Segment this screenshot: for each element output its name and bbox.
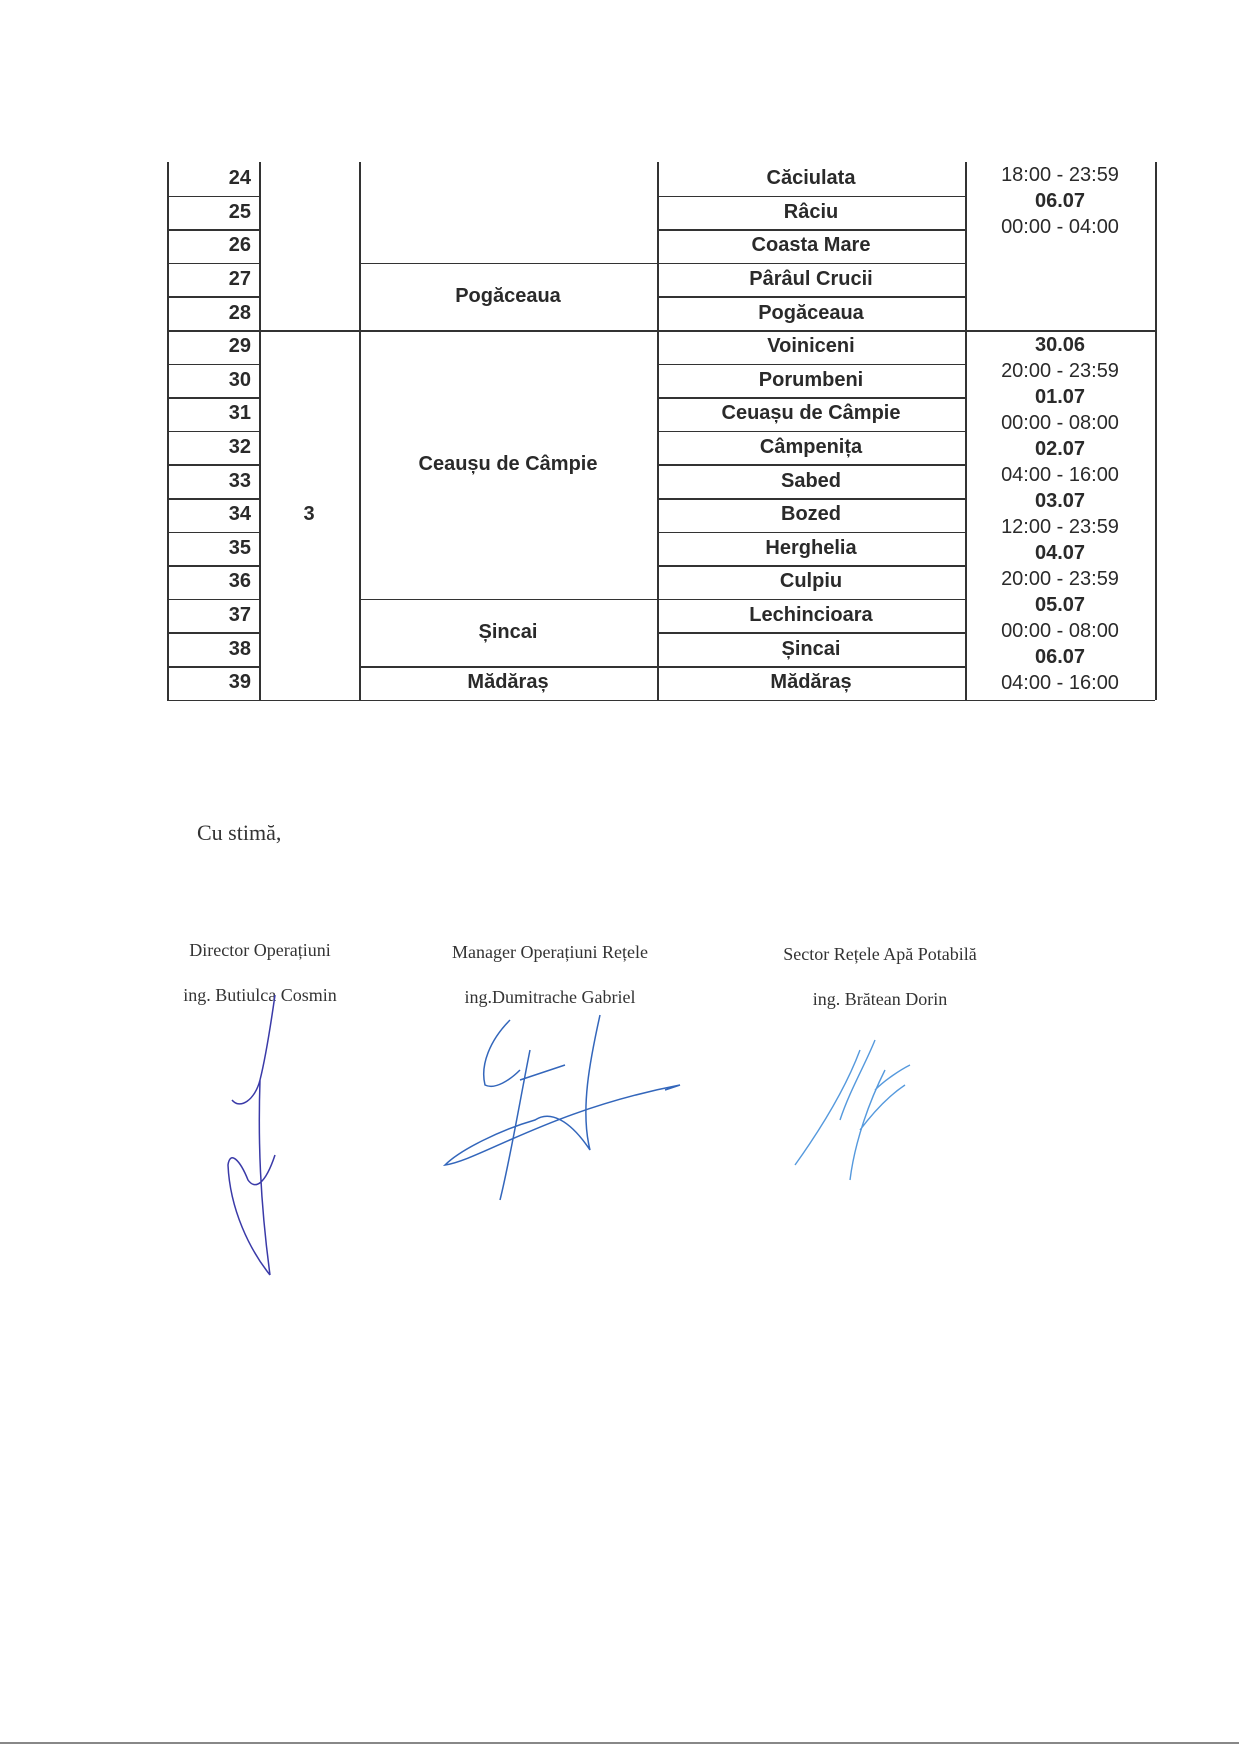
schedule-time: 20:00 - 23:59 <box>965 358 1155 384</box>
row-divider <box>167 263 259 265</box>
signatory-name: ing. Brătean Dorin <box>745 989 1015 1010</box>
table-border <box>167 700 1155 702</box>
zone-cell: 3 <box>259 498 359 532</box>
schedule-time: 04:00 - 16:00 <box>965 462 1155 488</box>
schedule-date: 04.07 <box>965 540 1155 566</box>
schedule-time: 00:00 - 08:00 <box>965 410 1155 436</box>
row-divider <box>167 330 259 332</box>
row-number: 33 <box>167 464 259 498</box>
locality-cell: Ceuașu de Câmpie <box>657 397 965 431</box>
table-border <box>259 162 261 700</box>
locality-cell: Coasta Mare <box>657 229 965 263</box>
table-border <box>1155 162 1157 700</box>
row-number: 31 <box>167 397 259 431</box>
signatory-role: Sector Rețele Apă Potabilă <box>745 944 1015 965</box>
locality-cell: Sabed <box>657 464 965 498</box>
page-bottom-rule <box>0 1742 1239 1744</box>
row-divider <box>167 632 259 634</box>
row-divider <box>657 229 965 231</box>
schedule-date: 30.06 <box>965 332 1155 358</box>
schedule-date: 06.07 <box>965 188 1155 214</box>
row-divider <box>167 397 259 399</box>
row-number: 24 <box>167 162 259 196</box>
schedule-time: 04:00 - 16:00 <box>965 670 1155 696</box>
row-divider <box>657 296 965 298</box>
signature-1-icon <box>220 990 310 1280</box>
schedule-time: 12:00 - 23:59 <box>965 514 1155 540</box>
row-divider <box>657 632 965 634</box>
row-divider <box>167 229 259 231</box>
schedule-date: 01.07 <box>965 384 1155 410</box>
row-number: 26 <box>167 229 259 263</box>
commune-cell: Șincai <box>359 599 657 666</box>
locality-cell: Bozed <box>657 498 965 532</box>
row-divider <box>167 599 259 601</box>
locality-cell: Râciu <box>657 196 965 230</box>
locality-cell: Lechincioara <box>657 599 965 633</box>
row-divider <box>167 666 259 668</box>
signatory-3: Sector Rețele Apă Potabilă ing. Brătean … <box>745 944 1015 1010</box>
row-divider <box>657 532 965 534</box>
row-divider <box>167 296 259 298</box>
signatory-role: Manager Operațiuni Rețele <box>415 942 685 963</box>
row-number: 36 <box>167 565 259 599</box>
row-number: 37 <box>167 599 259 633</box>
row-divider <box>657 364 965 366</box>
schedule-table: 24Căciulata25Râciu26Coasta Mare27Pârâul … <box>167 162 1155 700</box>
closing-salutation: Cu stimă, <box>197 820 281 846</box>
locality-cell: Pogăceaua <box>657 296 965 330</box>
row-number: 38 <box>167 632 259 666</box>
row-number: 27 <box>167 263 259 297</box>
schedule-date: 03.07 <box>965 488 1155 514</box>
locality-cell: Herghelia <box>657 532 965 566</box>
locality-cell: Porumbeni <box>657 364 965 398</box>
signatory-2: Manager Operațiuni Rețele ing.Dumitrache… <box>415 942 685 1008</box>
row-divider <box>657 464 965 466</box>
row-divider <box>167 464 259 466</box>
row-divider <box>259 330 359 332</box>
row-divider <box>167 364 259 366</box>
locality-cell: Mădăraș <box>657 666 965 700</box>
row-divider <box>167 532 259 534</box>
schedule-time: 00:00 - 08:00 <box>965 618 1155 644</box>
schedule-date: 06.07 <box>965 644 1155 670</box>
row-divider <box>167 431 259 433</box>
row-divider <box>657 599 965 601</box>
row-number: 32 <box>167 431 259 465</box>
row-number: 34 <box>167 498 259 532</box>
commune-cell: Pogăceaua <box>359 263 657 330</box>
schedule-group-2: 30.0620:00 - 23:5901.0700:00 - 08:0002.0… <box>965 332 1155 696</box>
row-number: 28 <box>167 296 259 330</box>
row-number: 25 <box>167 196 259 230</box>
commune-cell: Ceaușu de Câmpie <box>359 330 657 599</box>
schedule-date: 02.07 <box>965 436 1155 462</box>
signature-2-icon <box>440 1010 690 1210</box>
row-divider <box>657 498 965 500</box>
row-divider <box>167 196 259 198</box>
row-number: 29 <box>167 330 259 364</box>
row-divider <box>167 498 259 500</box>
signatory-name: ing.Dumitrache Gabriel <box>415 987 685 1008</box>
signature-3-icon <box>790 1030 930 1210</box>
row-number: 39 <box>167 666 259 700</box>
row-divider <box>657 263 965 265</box>
locality-cell: Pârâul Crucii <box>657 263 965 297</box>
row-divider <box>657 330 965 332</box>
locality-cell: Căciulata <box>657 162 965 196</box>
schedule-date: 05.07 <box>965 592 1155 618</box>
schedule-time: 20:00 - 23:59 <box>965 566 1155 592</box>
row-number: 35 <box>167 532 259 566</box>
row-divider <box>657 565 965 567</box>
row-divider <box>657 397 965 399</box>
locality-cell: Culpiu <box>657 565 965 599</box>
row-divider <box>657 666 965 668</box>
commune-cell <box>359 162 657 263</box>
schedule-group-1: 18:00 - 23:5906.0700:00 - 04:00 <box>965 162 1155 240</box>
locality-cell: Șincai <box>657 632 965 666</box>
signatory-role: Director Operațiuni <box>150 940 370 961</box>
locality-cell: Voiniceni <box>657 330 965 364</box>
row-divider <box>167 565 259 567</box>
commune-cell: Mădăraș <box>359 666 657 700</box>
schedule-time: 18:00 - 23:59 <box>965 162 1155 188</box>
row-divider <box>657 196 965 198</box>
row-number: 30 <box>167 364 259 398</box>
row-divider <box>657 431 965 433</box>
locality-cell: Câmpenița <box>657 431 965 465</box>
schedule-time: 00:00 - 04:00 <box>965 214 1155 240</box>
